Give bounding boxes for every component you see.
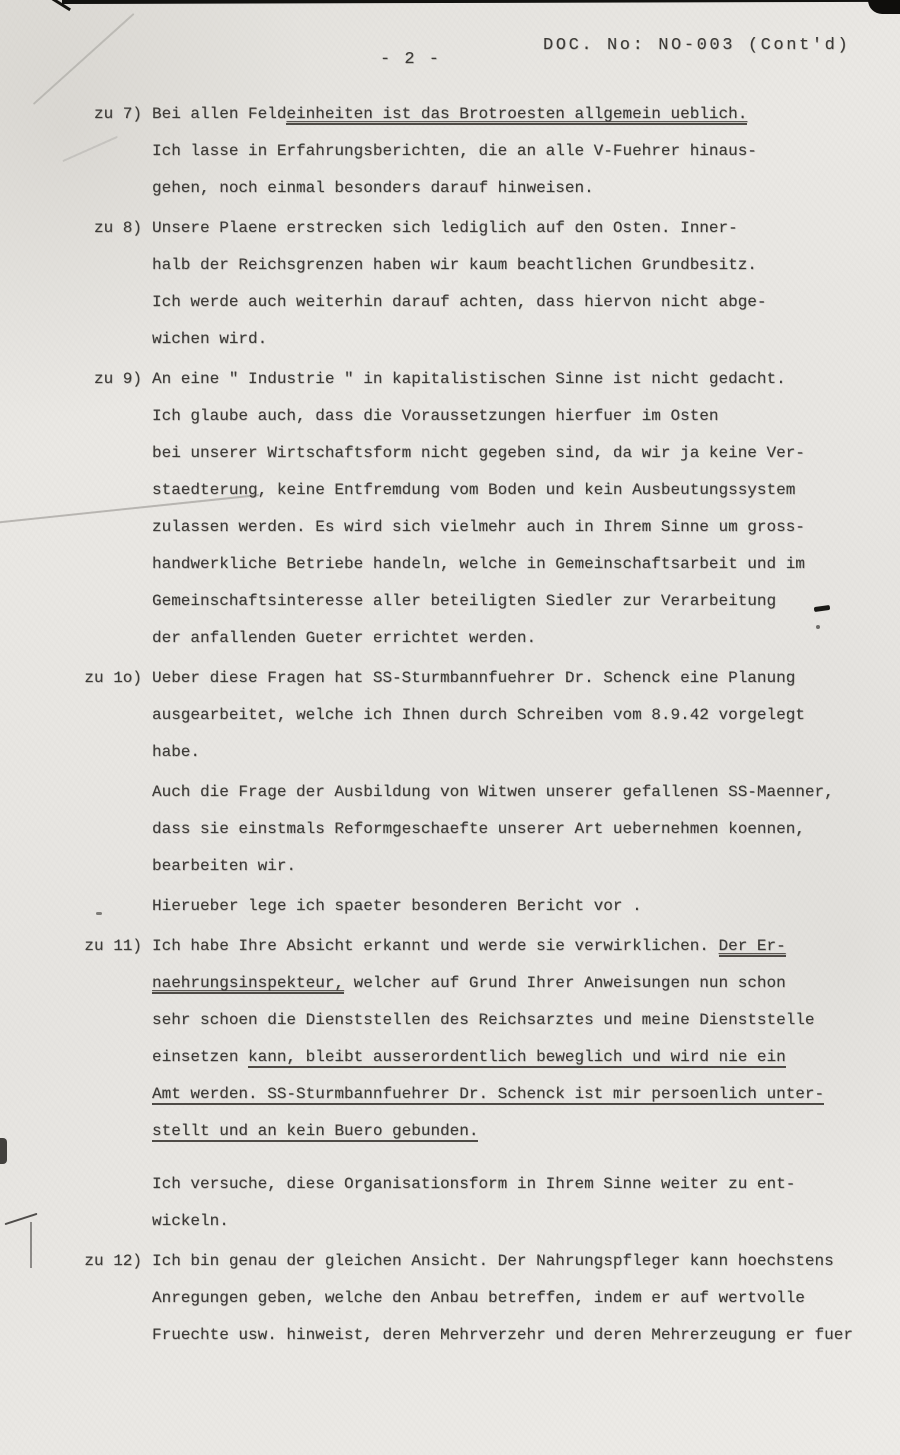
paragraph-text: Ich bin genau der gleichen Ansicht. Der … <box>152 1243 895 1354</box>
text-line: bei unserer Wirtschaftsform nicht gegebe… <box>152 435 895 472</box>
paragraph-label: zu 7) <box>0 96 152 207</box>
paragraph-continuation: Auch die Frage der Ausbildung von Witwen… <box>0 774 895 885</box>
text-line: naehrungsinspekteur, welcher auf Grund I… <box>152 965 895 1002</box>
text-line: Ich werde auch weiterhin darauf achten, … <box>152 284 895 321</box>
paragraph-label: zu 8) <box>0 210 152 358</box>
text-line: Ueber diese Fragen hat SS-Sturmbannfuehr… <box>152 660 895 697</box>
paragraph-text: Bei allen Feldeinheiten ist das Brotroes… <box>152 96 895 207</box>
paragraph-label: zu 9) <box>0 361 152 657</box>
text-line: der anfallenden Gueter errichtet werden. <box>152 620 895 657</box>
paragraph-continuation: Hierueber lege ich spaeter besonderen Be… <box>0 888 895 925</box>
paragraph-label <box>0 774 152 885</box>
text-line: Hierueber lege ich spaeter besonderen Be… <box>152 888 895 925</box>
underlined-text: Der Er- <box>719 937 786 957</box>
text-line: handwerkliche Betriebe handeln, welche i… <box>152 546 895 583</box>
text-line: stellt und an kein Buero gebunden. <box>152 1113 895 1150</box>
paragraph-text: Ueber diese Fragen hat SS-Sturmbannfuehr… <box>152 660 895 771</box>
paragraph-zu7: zu 7)Bei allen Feldeinheiten ist das Bro… <box>0 96 895 207</box>
paragraph-zu11: zu 11)Ich habe Ihre Absicht erkannt und … <box>0 928 895 1150</box>
text-line: dass sie einstmals Reformgeschaefte unse… <box>152 811 895 848</box>
text-line: staedterung, keine Entfremdung vom Boden… <box>152 472 895 509</box>
paragraph-text: Ich versuche, diese Organisationsform in… <box>152 1166 895 1240</box>
text-line: Gemeinschaftsinteresse aller beteiligten… <box>152 583 895 620</box>
underlined-text: stellt und an kein Buero gebunden. <box>152 1122 478 1142</box>
paragraph-label <box>0 888 152 925</box>
text-line: An eine " Industrie " in kapitalistische… <box>152 361 895 398</box>
text-line: wichen wird. <box>152 321 895 358</box>
text-line: Amt werden. SS-Sturmbannfuehrer Dr. Sche… <box>152 1076 895 1113</box>
scan-top-edge-artifact <box>62 0 900 4</box>
paragraph-text: Unsere Plaene erstrecken sich lediglich … <box>152 210 895 358</box>
scan-corner-artifact <box>868 0 900 14</box>
underlined-text: kann, bleibt ausserordentlich beweglich … <box>248 1048 786 1068</box>
text-line: ausgearbeitet, welche ich Ihnen durch Sc… <box>152 697 895 734</box>
text-line: Ich habe Ihre Absicht erkannt und werde … <box>152 928 895 965</box>
paragraph-zu1o: zu 1o)Ueber diese Fragen hat SS-Sturmban… <box>0 660 895 771</box>
paragraph-label: zu 1o) <box>0 660 152 771</box>
text-line: Auch die Frage der Ausbildung von Witwen… <box>152 774 895 811</box>
text-line: Ich versuche, diese Organisationsform in… <box>152 1166 895 1203</box>
document-body: zu 7)Bei allen Feldeinheiten ist das Bro… <box>0 96 895 1357</box>
underlined-text: Amt werden. SS-Sturmbannfuehrer Dr. Sche… <box>152 1085 824 1105</box>
underlined-text: einheiten ist das Brotroesten allgemein … <box>286 105 747 125</box>
doc-number: DOC. No: NO-003 (Cont'd) <box>543 36 850 55</box>
text-line: bearbeiten wir. <box>152 848 895 885</box>
text-line: halb der Reichsgrenzen haben wir kaum be… <box>152 247 895 284</box>
paragraph-text: Auch die Frage der Ausbildung von Witwen… <box>152 774 895 885</box>
text-line: Fruechte usw. hinweist, deren Mehrverzeh… <box>152 1317 895 1354</box>
paragraph-label <box>0 1166 152 1240</box>
page-number: - 2 - <box>380 50 441 69</box>
paragraph-text: Hierueber lege ich spaeter besonderen Be… <box>152 888 895 925</box>
paragraph-zu12: zu 12)Ich bin genau der gleichen Ansicht… <box>0 1243 895 1354</box>
text-line: Ich glaube auch, dass die Voraussetzunge… <box>152 398 895 435</box>
scanned-document-page: { "page": { "doc_no": "DOC. No: NO-003 (… <box>0 0 900 1455</box>
text-line: einsetzen kann, bleibt ausserordentlich … <box>152 1039 895 1076</box>
text-line: habe. <box>152 734 895 771</box>
paragraph-continuation: Ich versuche, diese Organisationsform in… <box>0 1166 895 1240</box>
paper-crease-topleft <box>33 13 134 104</box>
underlined-text: naehrungsinspekteur, <box>152 974 344 994</box>
text-line: zulassen werden. Es wird sich vielmehr a… <box>152 509 895 546</box>
paragraph-zu8: zu 8)Unsere Plaene erstrecken sich ledig… <box>0 210 895 358</box>
text-line: wickeln. <box>152 1203 895 1240</box>
paragraph-label: zu 12) <box>0 1243 152 1354</box>
text-line: Ich lasse in Erfahrungsberichten, die an… <box>152 133 895 170</box>
text-line: Ich bin genau der gleichen Ansicht. Der … <box>152 1243 895 1280</box>
paragraph-zu9: zu 9)An eine " Industrie " in kapitalist… <box>0 361 895 657</box>
text-line: gehen, noch einmal besonders darauf hinw… <box>152 170 895 207</box>
paragraph-label: zu 11) <box>0 928 152 1150</box>
text-line: Bei allen Feldeinheiten ist das Brotroes… <box>152 96 895 133</box>
paragraph-text: An eine " Industrie " in kapitalistische… <box>152 361 895 657</box>
paragraph-text: Ich habe Ihre Absicht erkannt und werde … <box>152 928 895 1150</box>
text-line: Unsere Plaene erstrecken sich lediglich … <box>152 210 895 247</box>
text-line: sehr schoen die Dienststellen des Reichs… <box>152 1002 895 1039</box>
text-line: Anregungen geben, welche den Anbau betre… <box>152 1280 895 1317</box>
